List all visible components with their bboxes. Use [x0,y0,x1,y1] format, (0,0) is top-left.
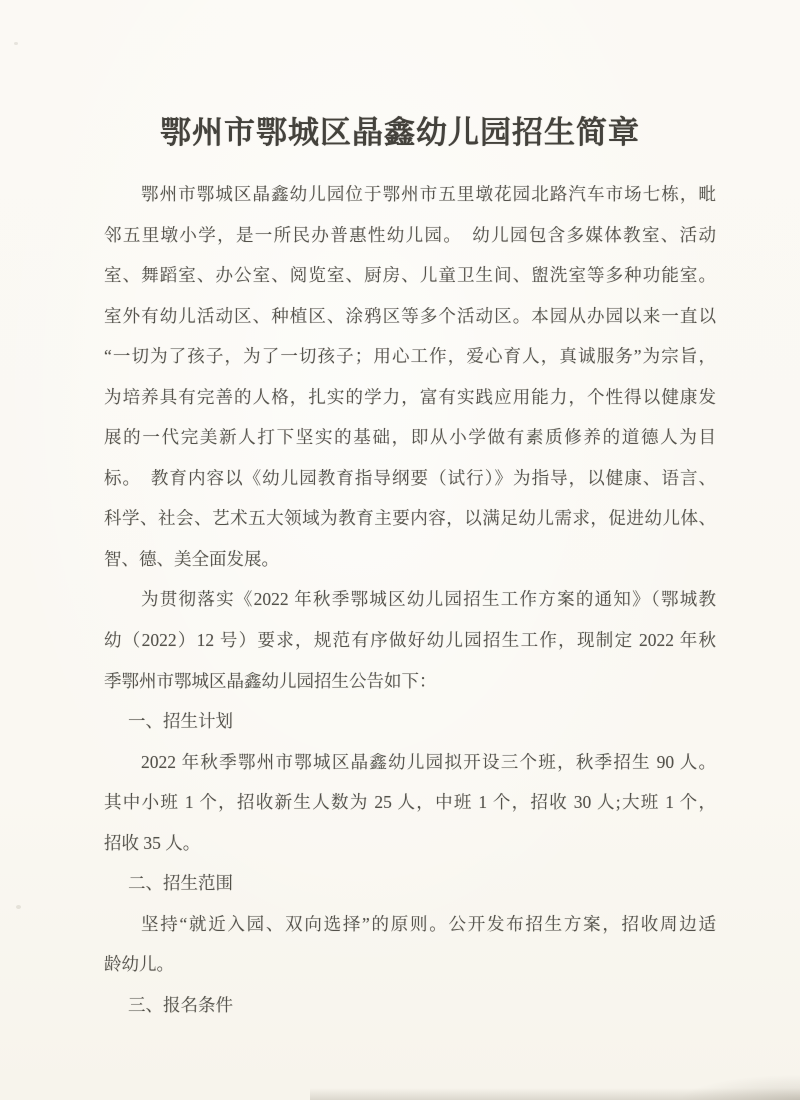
scan-artifact-speck [16,905,21,909]
text-line: 为培养具有完善的人格，扎实的学力，富有实践应用能力，个性得以健康发 [104,377,716,418]
text-line: 科学、社会、艺术五大领域为教育主要内容，以满足幼儿需求，促进幼儿体、 [104,498,716,539]
document-body: 鄂州市鄂城区晶鑫幼儿园位于鄂州市五里墩花园北路汽车市场七栋，毗邻五里墩小学，是一… [104,174,716,1025]
text-line: 为贯彻落实《2022 年秋季鄂城区幼儿园招生工作方案的通知》（鄂城教 [104,579,716,620]
text-line: 智、德、美全面发展。 [104,539,716,580]
text-line: 展的一代完美新人打下坚实的基础，即从小学做有素质修养的道德人为目 [104,417,716,458]
text-line: 二、招生范围 [104,863,716,904]
text-line: 三、报名条件 [104,985,716,1026]
text-line: 标。 教育内容以《幼儿园教育指导纲要（试行）》为指导，以健康、语言、 [104,458,716,499]
text-line: 龄幼儿。 [104,944,716,985]
text-line: 鄂州市鄂城区晶鑫幼儿园位于鄂州市五里墩花园北路汽车市场七栋，毗 [104,174,716,215]
text-line: 室外有幼儿活动区、种植区、涂鸦区等多个活动区。本园从办园以来一直以 [104,296,716,337]
text-line: 季鄂州市鄂城区晶鑫幼儿园招生公告如下： [104,661,716,702]
scan-shadow [680,1074,800,1100]
text-line: 室、舞蹈室、办公室、阅览室、厨房、儿童卫生间、盥洗室等多种功能室。 [104,255,716,296]
text-line: 其中小班 1 个，招收新生人数为 25 人，中班 1 个，招收 30 人;大班 … [104,782,716,823]
text-line: 坚持“就近入园、双向选择”的原则。公开发布招生方案，招收周边适 [104,904,716,945]
text-line: 幼（2022）12 号）要求，规范有序做好幼儿园招生工作，现制定 2022 年秋 [104,620,716,661]
scan-shadow [310,1088,800,1100]
text-line: 招收 35 人。 [104,823,716,864]
text-line: “一切为了孩子，为了一切孩子；用心工作，爱心育人，真诚服务”为宗旨， [104,336,716,377]
text-line: 一、招生计划 [104,701,716,742]
scan-artifact-speck [14,42,18,45]
document-title: 鄂州市鄂城区晶鑫幼儿园招生简章 [0,110,800,156]
scanned-document-page: 鄂州市鄂城区晶鑫幼儿园招生简章 鄂州市鄂城区晶鑫幼儿园位于鄂州市五里墩花园北路汽… [0,0,800,1100]
text-line: 邻五里墩小学，是一所民办普惠性幼儿园。 幼儿园包含多媒体教室、活动 [104,215,716,256]
text-line: 2022 年秋季鄂州市鄂城区晶鑫幼儿园拟开设三个班，秋季招生 90 人。 [104,742,716,783]
